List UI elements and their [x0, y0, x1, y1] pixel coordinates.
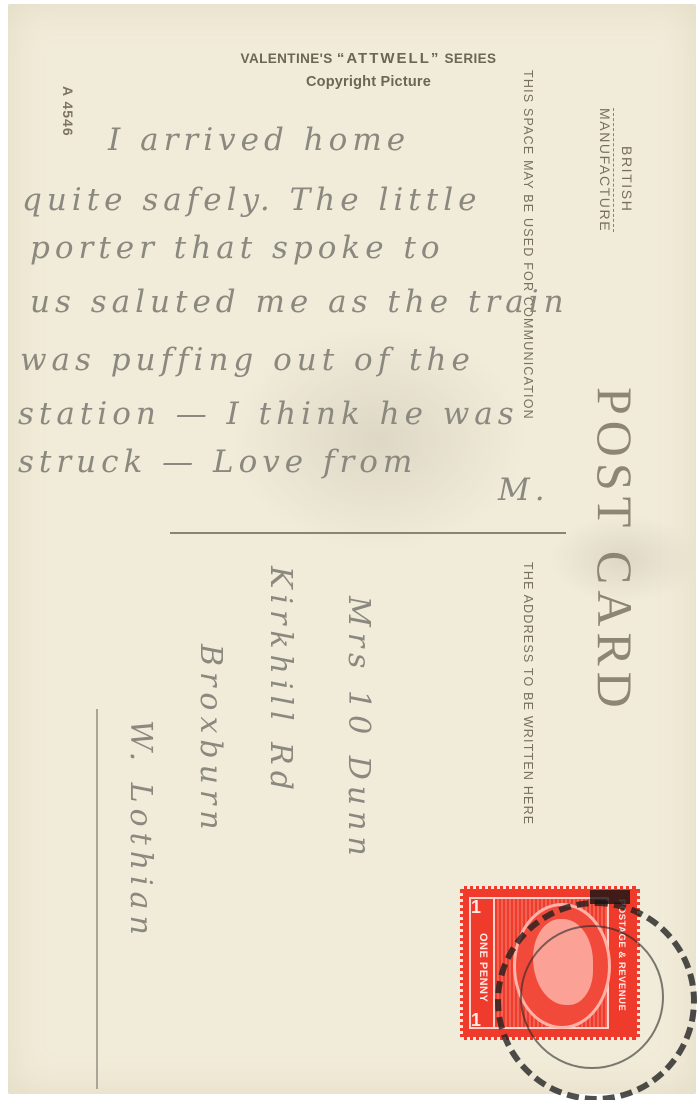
stamp-corner-value: 1 — [471, 1010, 481, 1031]
communication-note: THIS SPACE MAY BE USED FOR COMMUNICATION — [521, 70, 535, 420]
post-card-title: POST CARD — [586, 387, 644, 714]
manufacture-line-2: MANUFACTURE — [597, 108, 614, 232]
manufacture-line-1: BRITISH — [619, 146, 635, 212]
message-line: struck — Love from — [18, 444, 417, 480]
address-line: Broxburn — [193, 644, 228, 836]
message-line: station — I think he was — [18, 396, 519, 432]
signature: M. — [498, 472, 550, 508]
reference-number: A 4546 — [60, 86, 76, 137]
address-line: Mrs 10 Dunn — [341, 596, 376, 862]
publisher-line: VALENTINE'S “ATTWELL” SERIES — [196, 50, 541, 67]
message-line: quite safely. The little — [22, 182, 481, 218]
postmark-inner-ring — [520, 925, 664, 1069]
series-name: “ATTWELL” — [337, 50, 441, 67]
address-underline — [96, 709, 98, 1089]
copyright-label: Copyright Picture — [196, 74, 541, 90]
address-line: Kirkhill Rd — [263, 566, 298, 796]
stamp-value-label: ONE PENNY — [477, 933, 489, 1002]
message-line: was puffing out of the — [20, 342, 475, 378]
stamp-corner-value: 1 — [471, 897, 481, 918]
publisher-suffix: SERIES — [440, 51, 496, 66]
message-line: I arrived home — [108, 122, 410, 158]
message-line: us saluted me as the train — [30, 284, 569, 320]
message-line: porter that spoke to — [30, 230, 445, 266]
address-note: THE ADDRESS TO BE WRITTEN HERE — [521, 562, 535, 825]
address-line: W. Lothian — [123, 720, 158, 941]
divider-line — [170, 532, 566, 534]
publisher-prefix: VALENTINE'S — [241, 51, 337, 66]
postmark-bar — [590, 890, 630, 904]
